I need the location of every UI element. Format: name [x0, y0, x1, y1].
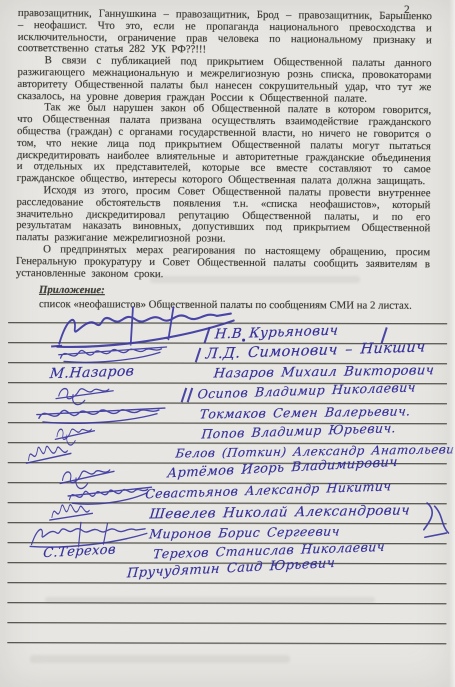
- ruled-line: [7, 622, 446, 624]
- handwritten-name: Миронов Борис Сергеевич: [149, 524, 341, 542]
- scanned-document-page: 2 правозащитник, Ганнушкина – правозащит…: [0, 0, 455, 687]
- handwritten-left-signature: М.Назаров: [49, 363, 135, 382]
- ruled-line: [7, 602, 446, 604]
- edge-pen-scrawl: [421, 499, 451, 541]
- handwritten-name: Назаров Михаил Викторович: [213, 363, 435, 381]
- pen-slash-mark: [195, 348, 201, 363]
- handwritten-left-signature: С.Терехов: [43, 542, 117, 561]
- ruled-line: [7, 642, 446, 644]
- handwritten-name: Шевелев Николай Александрович: [149, 502, 411, 522]
- signature-section: Н.В КурьяновичЛ.Д. Симонович – НикшичМ.Н…: [0, 0, 455, 687]
- handwritten-name: Н.В Курьянович: [214, 323, 339, 343]
- handwritten-name: Белов (Поткин) Александр Анатольевич: [175, 442, 455, 460]
- handwritten-name: Токмаков Семен Валерьевич.: [199, 403, 412, 421]
- signature-row: Пручудятин Саид Юрьевич: [0, 566, 454, 587]
